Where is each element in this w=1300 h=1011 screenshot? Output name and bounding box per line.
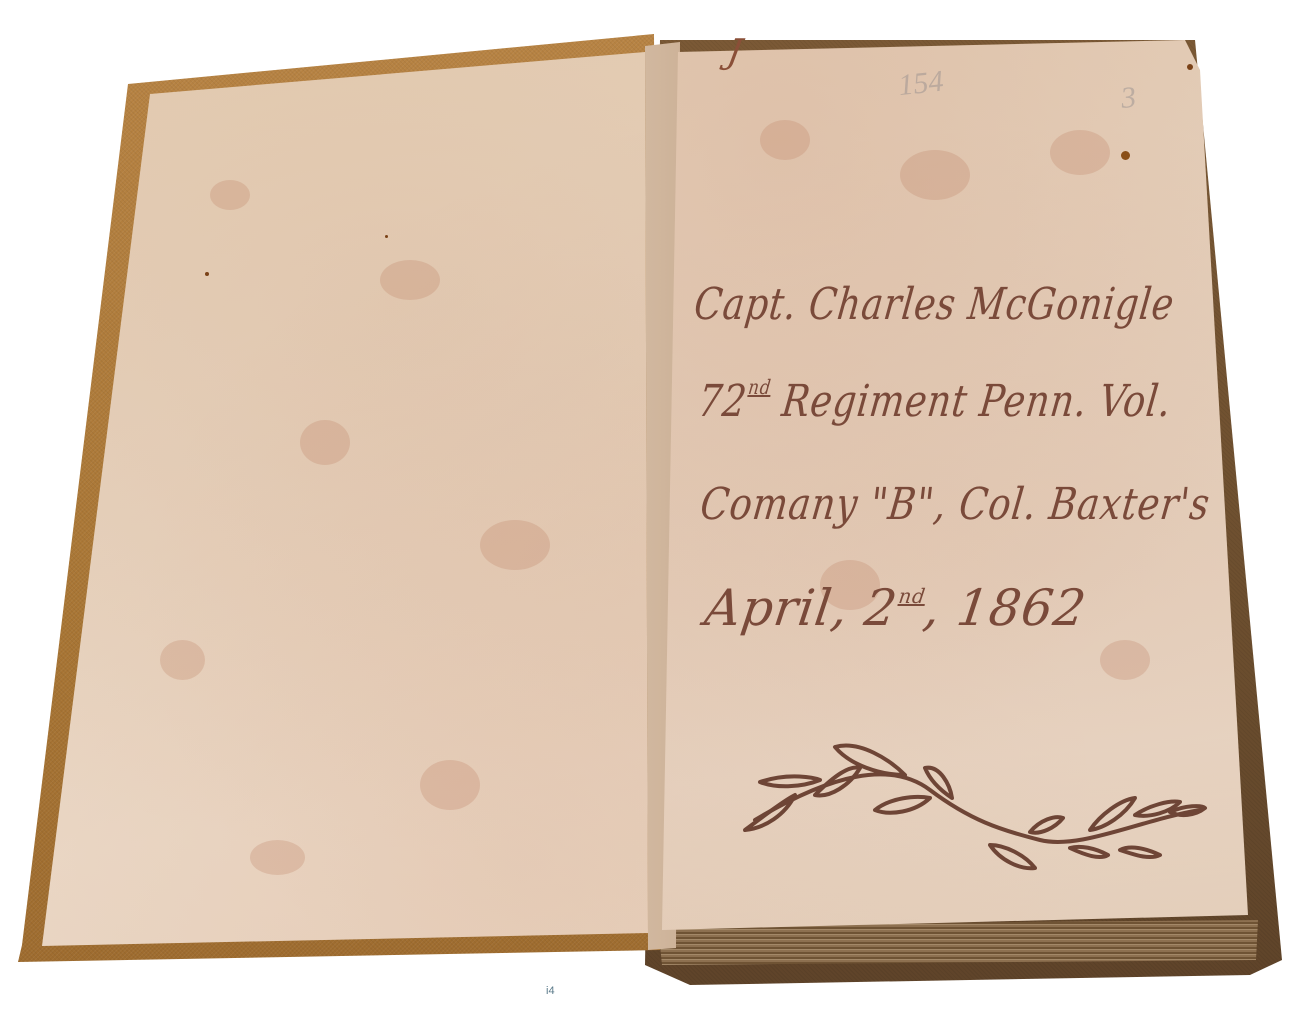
regiment-number: 72 [696, 376, 750, 427]
stray-mark: i4 [546, 985, 555, 997]
date-year: , 1862 [920, 579, 1090, 637]
ink-speck [1187, 64, 1193, 70]
inscription-company: Comany "B", Col. Baxter's [698, 483, 1212, 527]
foxing-spot [1100, 640, 1150, 680]
regiment-text: Regiment Penn. Vol. [767, 376, 1174, 427]
date-ordinal: nd [897, 584, 927, 608]
foxing-spot [760, 120, 810, 160]
inscription-regiment: 72nd Regiment Penn. Vol. [696, 377, 1174, 424]
foxing-spot [300, 420, 350, 465]
book-photo: J 154 3 Capt. Charles McGonigle 72nd Reg… [0, 0, 1300, 1011]
inscription-name: Capt. Charles McGonigle [692, 283, 1177, 327]
foxing-spot [480, 520, 550, 570]
ink-speck [385, 235, 388, 238]
laurel-ornament-icon [740, 720, 1220, 890]
foxing-spot [210, 180, 250, 210]
foxing-spot [250, 840, 305, 875]
foxing-spot [420, 760, 480, 810]
foxing-spot [1050, 130, 1110, 175]
ink-speck [1121, 151, 1130, 160]
foxing-spot [380, 260, 440, 300]
foxing-spot [900, 150, 970, 200]
inscription-date: April, 2nd, 1862 [702, 583, 1089, 633]
date-day: April, 2 [701, 579, 901, 637]
foxing-spot [160, 640, 205, 680]
ink-speck [205, 272, 209, 276]
regiment-ordinal: nd [747, 375, 773, 399]
